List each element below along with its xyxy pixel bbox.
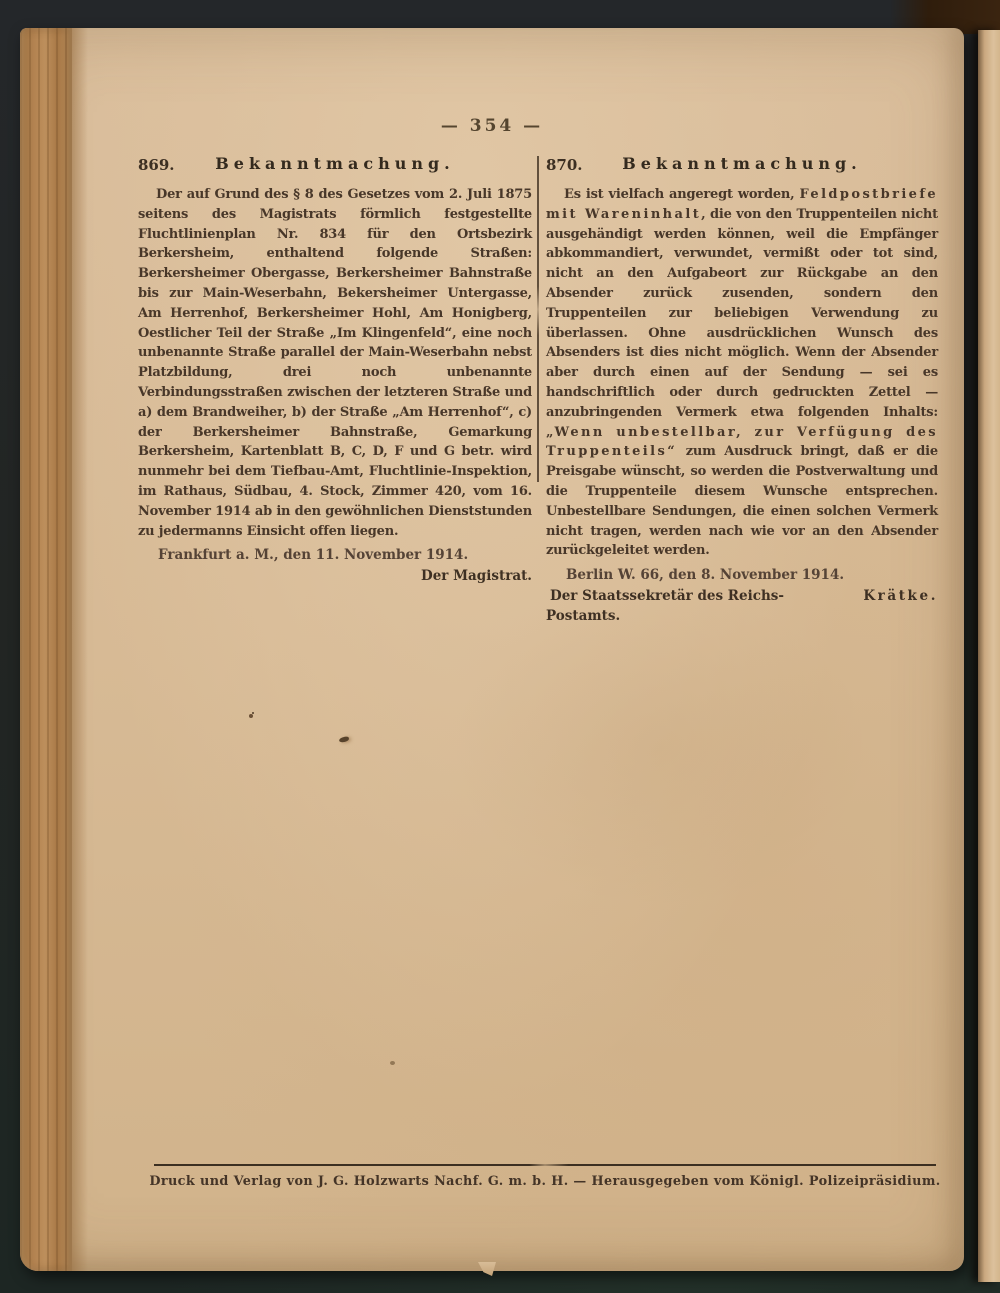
paper-speck (252, 712, 254, 714)
body-segment: , die von den Truppenteilen nicht ausgeh… (546, 207, 938, 420)
notice-869-header: 869. Bekanntmachung. (138, 154, 532, 180)
paper-speck (339, 736, 350, 743)
notice-870-header: 870. Bekanntmachung. (546, 154, 938, 180)
body-segment: Es ist vielfach angeregt worden, (564, 187, 799, 202)
notice-870-number: 870. (546, 156, 583, 174)
body-segment: zum Ausdruck bringt, daß er die Preisgab… (546, 444, 938, 558)
signature-office: Der Staatssekretär des Reichs-Postamts. (546, 586, 833, 626)
spine-shadow (72, 28, 88, 1271)
signature-name: Krätke. (859, 586, 938, 626)
scanned-gazette-photo: { "page_header": { "page_number": "354",… (0, 0, 1000, 1293)
notice-870-signature: Der Staatssekretär des Reichs-Postamts. … (546, 586, 938, 626)
notice-870-title: Bekanntmachung. (546, 154, 938, 173)
notice-869-number: 869. (138, 156, 175, 174)
notice-870-body: Es ist vielfach angeregt worden, Feldpos… (546, 185, 938, 561)
paper-speck (390, 1061, 395, 1065)
paper-speck (249, 714, 253, 718)
column-divider-rule (537, 156, 539, 482)
notice-870: 870. Bekanntmachung. Es ist vielfach ang… (546, 154, 938, 626)
page-number: — 354 — (20, 116, 964, 136)
notice-869-body: Der auf Grund des § 8 des Gesetzes vom 2… (138, 185, 532, 541)
footer-rule (154, 1164, 936, 1166)
book-spine (20, 28, 72, 1271)
next-page-edge (978, 30, 1000, 1282)
notice-869: 869. Bekanntmachung. Der auf Grund des §… (138, 154, 532, 586)
notice-869-dateline: Frankfurt a. M., den 11. November 1914. (138, 545, 532, 565)
gazette-page: — 354 — 869. Bekanntmachung. Der auf Gru… (20, 28, 964, 1271)
imprint-line: Druck und Verlag von J. G. Holzwarts Nac… (130, 1174, 960, 1189)
paper-stain (450, 588, 870, 908)
notice-870-dateline: Berlin W. 66, den 8. November 1914. (546, 565, 938, 585)
notice-869-title: Bekanntmachung. (138, 154, 532, 173)
notice-869-signature: Der Magistrat. (138, 566, 532, 586)
